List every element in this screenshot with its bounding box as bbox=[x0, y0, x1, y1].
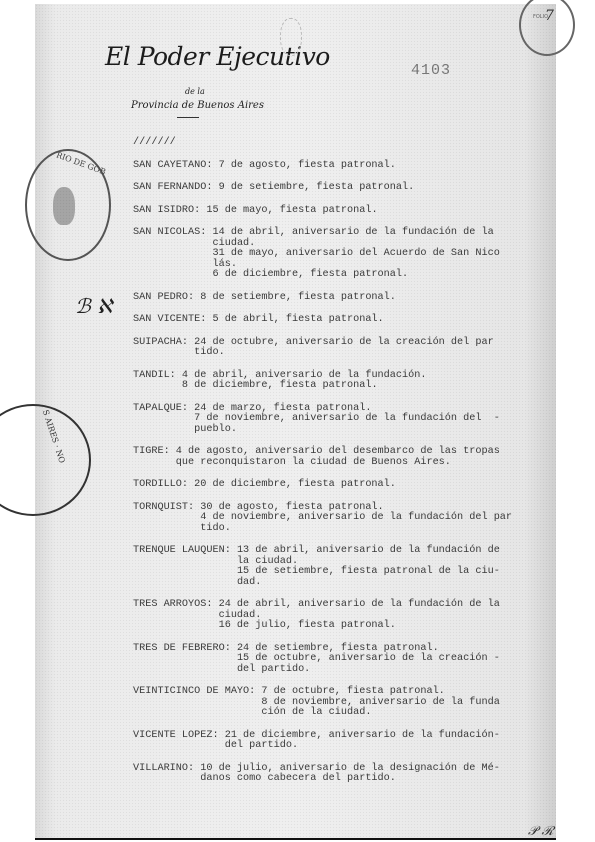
date-line: 4 de agosto, aniversario del desembarco … bbox=[176, 447, 533, 458]
list-item: SUIPACHA: 24 de octubre, aniversario de … bbox=[133, 338, 533, 359]
handwritten-signature: 𝒫 ℛ bbox=[528, 824, 554, 839]
list-item: SAN VICENTE: 5 de abril, fiesta patronal… bbox=[133, 315, 533, 326]
date-line: pueblo. bbox=[194, 425, 533, 436]
coat-of-arms-icon bbox=[53, 187, 75, 225]
list-item: SAN NICOLAS: 14 de abril, aniversario de… bbox=[133, 228, 533, 281]
date-line: 13 de abril, aniversario de la fundación… bbox=[237, 546, 533, 557]
date-line: tido. bbox=[194, 348, 533, 359]
place-name: TORNQUIST: bbox=[133, 503, 200, 535]
date-lines: 14 de abril, aniversario de la fundación… bbox=[212, 228, 533, 281]
list-item: VEINTICINCO DE MAYO: 7 de octubre, fiest… bbox=[133, 687, 533, 719]
date-line: 7 de agosto, fiesta patronal. bbox=[219, 161, 533, 172]
date-line: que reconquistaron la ciudad de Buenos A… bbox=[176, 458, 533, 469]
seal-ring-text: RIO DE GOB bbox=[55, 150, 107, 176]
date-line: 8 de setiembre, fiesta patronal. bbox=[200, 293, 533, 304]
date-line: del partido. bbox=[237, 665, 533, 676]
letterhead-connector: de la bbox=[185, 87, 205, 96]
place-name: SAN PEDRO: bbox=[133, 293, 200, 304]
date-line: 8 de diciembre, fiesta patronal. bbox=[182, 381, 533, 392]
place-name: TIGRE: bbox=[133, 447, 176, 468]
date-line: 14 de abril, aniversario de la fundación… bbox=[212, 228, 533, 239]
date-line: 15 de octubre, aniversario de la creació… bbox=[237, 654, 533, 665]
place-name: SUIPACHA: bbox=[133, 338, 194, 359]
list-item: VILLARINO: 10 de julio, aniversario de l… bbox=[133, 764, 533, 785]
place-name: TRENQUE LAUQUEN: bbox=[133, 546, 237, 588]
date-lines: 24 de marzo, fiesta patronal.7 de noviem… bbox=[194, 404, 533, 436]
date-lines: 21 de diciembre, aniversario de la funda… bbox=[225, 731, 533, 752]
faint-emblem-watermark bbox=[280, 18, 302, 56]
holiday-list: /////// SAN CAYETANO: 7 de agosto, fiest… bbox=[133, 138, 533, 797]
place-name: SAN ISIDRO: bbox=[133, 206, 206, 217]
date-lines: 9 de setiembre, fiesta patronal. bbox=[219, 183, 533, 194]
place-name: TRES ARROYOS: bbox=[133, 600, 219, 632]
place-name: TAPALQUE: bbox=[133, 404, 194, 436]
date-lines: 4 de abril, aniversario de la fundación.… bbox=[182, 371, 533, 392]
date-line: danos como cabecera del partido. bbox=[200, 774, 533, 785]
letterhead-province: Provincia de Buenos Aires bbox=[131, 100, 264, 111]
date-line: 9 de setiembre, fiesta patronal. bbox=[219, 183, 533, 194]
list-item: SAN FERNANDO: 9 de setiembre, fiesta pat… bbox=[133, 183, 533, 194]
date-lines: 4 de agosto, aniversario del desembarco … bbox=[176, 447, 533, 468]
date-line: 15 de mayo, fiesta patronal. bbox=[206, 206, 533, 217]
date-lines: 20 de diciembre, fiesta patronal. bbox=[194, 480, 533, 491]
date-line: 7 de noviembre, aniversario de la fundac… bbox=[194, 414, 533, 425]
list-item: TRENQUE LAUQUEN: 13 de abril, aniversari… bbox=[133, 546, 533, 588]
list-item: SAN CAYETANO: 7 de agosto, fiesta patron… bbox=[133, 161, 533, 172]
folio-number: 7 bbox=[545, 8, 554, 24]
list-item: SAN PEDRO: 8 de setiembre, fiesta patron… bbox=[133, 293, 533, 304]
seal-ring-text: S AIRES · NO bbox=[40, 409, 66, 465]
province-seal-stamp: S AIRES · NO bbox=[0, 404, 91, 516]
list-item: TAPALQUE: 24 de marzo, fiesta patronal.7… bbox=[133, 404, 533, 436]
date-line: ción de la ciudad. bbox=[261, 708, 533, 719]
date-line: 20 de diciembre, fiesta patronal. bbox=[194, 480, 533, 491]
place-name: VILLARINO: bbox=[133, 764, 200, 785]
entries-container: SAN CAYETANO: 7 de agosto, fiesta patron… bbox=[133, 161, 533, 785]
letterhead-rule bbox=[177, 117, 199, 118]
date-line: 24 de octubre, aniversario de la creació… bbox=[194, 338, 533, 349]
place-name: VICENTE LOPEZ: bbox=[133, 731, 225, 752]
date-lines: 30 de agosto, fiesta patronal.4 de novie… bbox=[200, 503, 533, 535]
continuation-marks: /////// bbox=[133, 138, 533, 149]
list-item: TANDIL: 4 de abril, aniversario de la fu… bbox=[133, 371, 533, 392]
date-lines: 24 de setiembre, fiesta patronal.15 de o… bbox=[237, 644, 533, 676]
list-item: SAN ISIDRO: 15 de mayo, fiesta patronal. bbox=[133, 206, 533, 217]
date-lines: 7 de octubre, fiesta patronal.8 de novie… bbox=[261, 687, 533, 719]
date-line: 6 de diciembre, fiesta patronal. bbox=[212, 270, 533, 281]
date-line: 4 de noviembre, aniversario de la fundac… bbox=[200, 513, 533, 524]
date-line: 5 de abril, fiesta patronal. bbox=[212, 315, 533, 326]
date-line: 15 de setiembre, fiesta patronal de la c… bbox=[237, 567, 533, 578]
date-line: 31 de mayo, aniversario del Acuerdo de S… bbox=[212, 249, 533, 260]
date-lines: 24 de octubre, aniversario de la creació… bbox=[194, 338, 533, 359]
folio-stamp: FOLIO 7 bbox=[519, 0, 575, 56]
date-lines: 13 de abril, aniversario de la fundación… bbox=[237, 546, 533, 588]
date-lines: 24 de abril, aniversario de la fundación… bbox=[219, 600, 533, 632]
list-item: TORDILLO: 20 de diciembre, fiesta patron… bbox=[133, 480, 533, 491]
date-line: 16 de julio, fiesta patronal. bbox=[219, 621, 533, 632]
place-name: TANDIL: bbox=[133, 371, 182, 392]
date-lines: 7 de agosto, fiesta patronal. bbox=[219, 161, 533, 172]
date-lines: 10 de julio, aniversario de la designaci… bbox=[200, 764, 533, 785]
date-line: 24 de abril, aniversario de la fundación… bbox=[219, 600, 533, 611]
list-item: TRES ARROYOS: 24 de abril, aniversario d… bbox=[133, 600, 533, 632]
place-name: TORDILLO: bbox=[133, 480, 194, 491]
date-line: dad. bbox=[237, 578, 533, 589]
date-lines: 15 de mayo, fiesta patronal. bbox=[206, 206, 533, 217]
place-name: SAN CAYETANO: bbox=[133, 161, 219, 172]
ministry-seal-stamp: RIO DE GOB bbox=[25, 149, 111, 261]
place-name: TRES DE FEBRERO: bbox=[133, 644, 237, 676]
date-line: del partido. bbox=[225, 741, 533, 752]
date-lines: 8 de setiembre, fiesta patronal. bbox=[200, 293, 533, 304]
document-number: 4103 bbox=[411, 62, 451, 79]
list-item: TIGRE: 4 de agosto, aniversario del dese… bbox=[133, 447, 533, 468]
handwritten-margin-initials: ℬ ℵ bbox=[75, 294, 112, 318]
list-item: TRES DE FEBRERO: 24 de setiembre, fiesta… bbox=[133, 644, 533, 676]
date-line: 7 de octubre, fiesta patronal. bbox=[261, 687, 533, 698]
place-name: SAN FERNANDO: bbox=[133, 183, 219, 194]
list-item: TORNQUIST: 30 de agosto, fiesta patronal… bbox=[133, 503, 533, 535]
place-name: SAN VICENTE: bbox=[133, 315, 212, 326]
list-item: VICENTE LOPEZ: 21 de diciembre, aniversa… bbox=[133, 731, 533, 752]
place-name: SAN NICOLAS: bbox=[133, 228, 212, 281]
date-line: tido. bbox=[200, 524, 533, 535]
date-lines: 5 de abril, fiesta patronal. bbox=[212, 315, 533, 326]
place-name: VEINTICINCO DE MAYO: bbox=[133, 687, 261, 719]
